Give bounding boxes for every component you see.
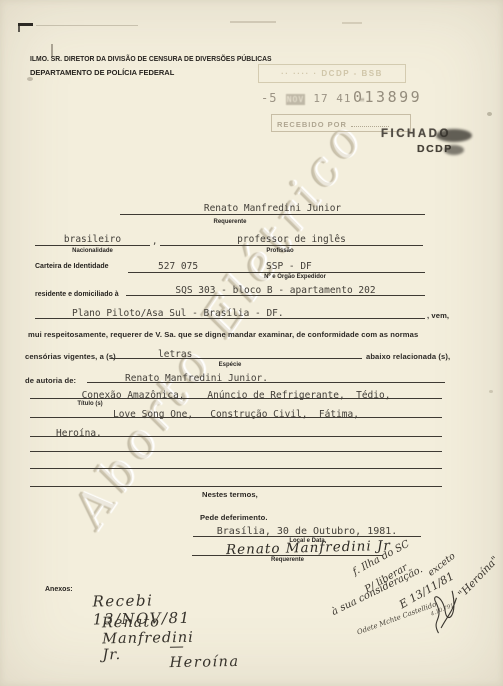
corner-mark: [18, 23, 33, 26]
especie-field: letras: [110, 344, 362, 359]
profissao-value: professor de inglês: [237, 234, 346, 245]
especie-valor: letras: [110, 349, 192, 360]
titulos-linha2: Love Song One, Construção Civil, Fátima,: [113, 409, 359, 420]
header-line2: DEPARTAMENTO DE POLÍCIA FEDERAL: [30, 68, 174, 77]
titulos-empty-line-3: [30, 478, 442, 487]
especie-prefixo: censórias vigentes, a (s): [25, 352, 116, 361]
received-by-dotted-line: [351, 116, 389, 127]
date-stamp-time: 17 41: [313, 92, 351, 105]
date-stamp-day: -5: [261, 91, 277, 105]
residencia-field-2: Plano Piloto/Asa Sul - Brasília - DF.: [35, 303, 425, 319]
scan-dash: [36, 25, 138, 26]
profissao-field: professor de inglês: [160, 229, 423, 246]
autoria-valor: Renato Manfredini Junior.: [87, 373, 268, 384]
requerente-field: Renato Manfredini Junior: [120, 198, 425, 215]
scan-dash: [230, 21, 276, 23]
residencia-label: residente e domiciliado à: [35, 291, 119, 298]
date-stamp-month: NOV: [286, 94, 305, 105]
nestes-termos: Nestes termos,: [202, 490, 258, 499]
requerente-value: Renato Manfredini Junior: [204, 203, 341, 214]
titulos-linha1: Conexão Amazônica, Anúncio de Refrigeran…: [82, 390, 391, 401]
residencia-linha2: Plano Piloto/Asa Sul - Brasília - DF.: [35, 308, 284, 319]
local-data-valor: Brasília, 30 de Outubro, 1981.: [217, 526, 398, 537]
protocol-number-stamp: 013899: [353, 88, 422, 106]
autoria-label: de autoria de:: [25, 376, 76, 385]
header-line1: ILMO. SR. DIRETOR DA DIVISÃO DE CENSURA …: [30, 56, 272, 63]
titulos-linha3: Heroína.: [30, 428, 102, 439]
titulos-empty-line-1: [30, 443, 442, 452]
identidade-orgao: SSP - DF: [266, 261, 312, 272]
requerente-label: Requerente: [120, 219, 340, 225]
residencia-field-1: SQS 303 - bloco B - apartamento 202: [126, 280, 425, 296]
corner-mark-tail: [18, 23, 20, 32]
residencia-linha1: SQS 303 - bloco B - apartamento 202: [175, 285, 375, 296]
anexos-label: Anexos:: [45, 586, 73, 593]
profissao-label: Profissão: [210, 248, 350, 254]
field-separator-comma: ,: [152, 237, 157, 247]
nacionalidade-field: brasileiro: [35, 229, 150, 246]
watermark-aborto-eletrico: Aborto Elétrico: [62, 109, 376, 536]
protocol-box-stamp: ·· ···· · DCDP - BSB: [258, 64, 406, 83]
scan-speck: [487, 112, 492, 116]
scan-speck: [27, 77, 33, 81]
nacionalidade-value: brasileiro: [64, 234, 121, 245]
residencia-sufixo: , vem,: [427, 311, 449, 320]
note-right-heroina: "Heroína": [456, 554, 501, 600]
nacionalidade-label: Nacionalidade: [35, 248, 150, 254]
scan-dash: [342, 22, 362, 24]
assinatura-label: Requerente: [192, 557, 383, 563]
date-stamp: -5 NOV 17 41 ≡: [261, 91, 366, 105]
autoria-field: Renato Manfredini Junior.: [87, 368, 445, 383]
identidade-numero: 527 075: [158, 261, 198, 272]
request-paragraph: mui respeitosamente, requerer de V. Sa. …: [28, 330, 452, 339]
handwritten-heroina: — Heroína: [169, 638, 240, 671]
ink-smudge: [436, 129, 472, 142]
titulos-empty-line-2: [30, 460, 442, 469]
ink-smudge: [444, 145, 464, 155]
titulos-field-2: Love Song One, Construção Civil, Fátima,: [30, 404, 442, 418]
especie-sufixo: abaixo relacionada (s),: [366, 352, 450, 361]
protocol-box-text: ·· ···· · DCDP - BSB: [281, 69, 383, 78]
local-data-field: Brasília, 30 de Outubro, 1981.: [193, 521, 421, 537]
titulos-field-3: Heroína.: [30, 423, 442, 437]
scanned-document-page: Aborto Elétrico ILMO. SR. DIRETOR DA DIV…: [0, 0, 503, 686]
identidade-label: Carteira de Identidade: [35, 263, 109, 270]
scan-speck: [489, 390, 493, 393]
titulos-field-1: Conexão Amazônica, Anúncio de Refrigeran…: [30, 385, 442, 399]
received-by-text: RECEBIDO POR: [277, 120, 347, 129]
